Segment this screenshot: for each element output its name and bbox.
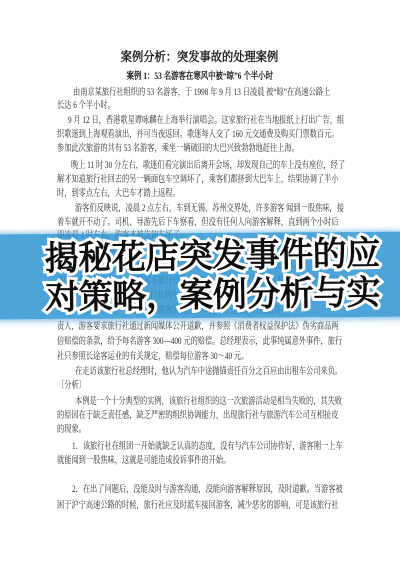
body-line: 时，到零点左右，大巴车才踏上返程。 [57, 189, 219, 200]
banner-headline-line-2-text: 对策略，案例分析与实 [45, 274, 381, 317]
body-line: 着车就开不动了。司机、导游先后下车察看，但没有任何人向游客解释，直到两个小时后 [57, 218, 400, 229]
body-line: 〔分析〕 [57, 381, 95, 392]
body-line: 长达 6 个半小时。 [57, 101, 133, 112]
banner-headline-line-1-text: 揭秘花店突发事件的应 [44, 235, 380, 278]
body-line: 就能闻到一股焦味，这就是可能造成投诉事件的开始。 [57, 456, 285, 467]
body-line: 倍赔偿的条款，给予每名游客 300—400 元的赔偿。总经理表示，此事纯属意外事… [57, 337, 400, 348]
body-line: 织歌迷到上海观看演出，并可当夜返回。歌迷每人交了 160 元交通费及购买门票数百… [57, 130, 400, 141]
body-line: 在走访该旅行社总经理时，他认为汽车中途抛锚责任百分之百应由出租车公司来负。 [75, 367, 400, 378]
body-line: 游客们反映说，凌晨 2 点左右，车到无锡、苏州交界处，许多游客 闻到一股焦味，接 [75, 204, 400, 215]
body-line: 的原因在于缺乏责任感，缺乏严密的组织协调能力，出现旅行社与旅游汽车公司互相扯皮 [57, 411, 400, 422]
body-line: 参加此次旅游的共有 53 名游客，乘坐一辆破旧的大巴兴致勃勃地赶往上海。 [57, 144, 375, 155]
banner-headline-line-1: 揭秘花店突发事件的应 揭秘花店突发事件的应 [44, 235, 380, 279]
body-line: 晚上 11 时 30 分左右，歌迷们看完演出后离开会场，却发现自己的车上没有座位… [71, 161, 400, 172]
banner-headline-line-2: 对策略，案例分析与实 对策略，案例分析与实 [45, 274, 381, 318]
body-line: 2．在出了问题后，没能及时与游客沟通，没能向游客解释原因，及时道歉。当游客被 [72, 485, 400, 496]
body-line: 由南京某旅行社组织的 53 名游客，于 1998 年 9 月 13 日凌晨 被“… [73, 88, 400, 99]
body-line: 9 月 12 日，香港歌星谭咏麟在上海举行演唱会。这家旅行社在当地报纸上打出广告… [68, 116, 400, 127]
document-page: 案例分析：突发事故的处理案例 案例 1：53 名游客在寒风中被“晾”6 个半小时… [0, 0, 400, 566]
body-line: 社只参照长途客运业的有关规定，赔偿每位游客 30～40 元。 [57, 352, 309, 363]
body-line: 本例是一个十分典型的实例，该旅行社组织的这一次旅游活动是相当失败的，其失败 [75, 397, 400, 408]
body-line: 的现象。 [57, 425, 95, 436]
body-line: 责人，游客要求旅行社通过新闻媒体公开道歉，并参照《消费者权益保护法》伪劣商品两 [57, 322, 400, 333]
body-line: 1．该旅行社在组团一开始就缺乏认真的态度，没有与汽车公司协作好，游客刚一上车 [72, 442, 400, 453]
banner-headline: 揭秘花店突发事件的应 揭秘花店突发事件的应 对策略，案例分析与实 对策略，案例分… [44, 235, 380, 318]
body-line: 困于沪宁高速公路的时候，旅行社应及时派车接回游客，减少恶劣的影响，可是该旅行社 [57, 501, 400, 512]
body-line: 解才知道旅行社回去的另一辆面包车空调坏了，乘客们都挤到大巴车上，结果协调了半小 [57, 175, 400, 186]
